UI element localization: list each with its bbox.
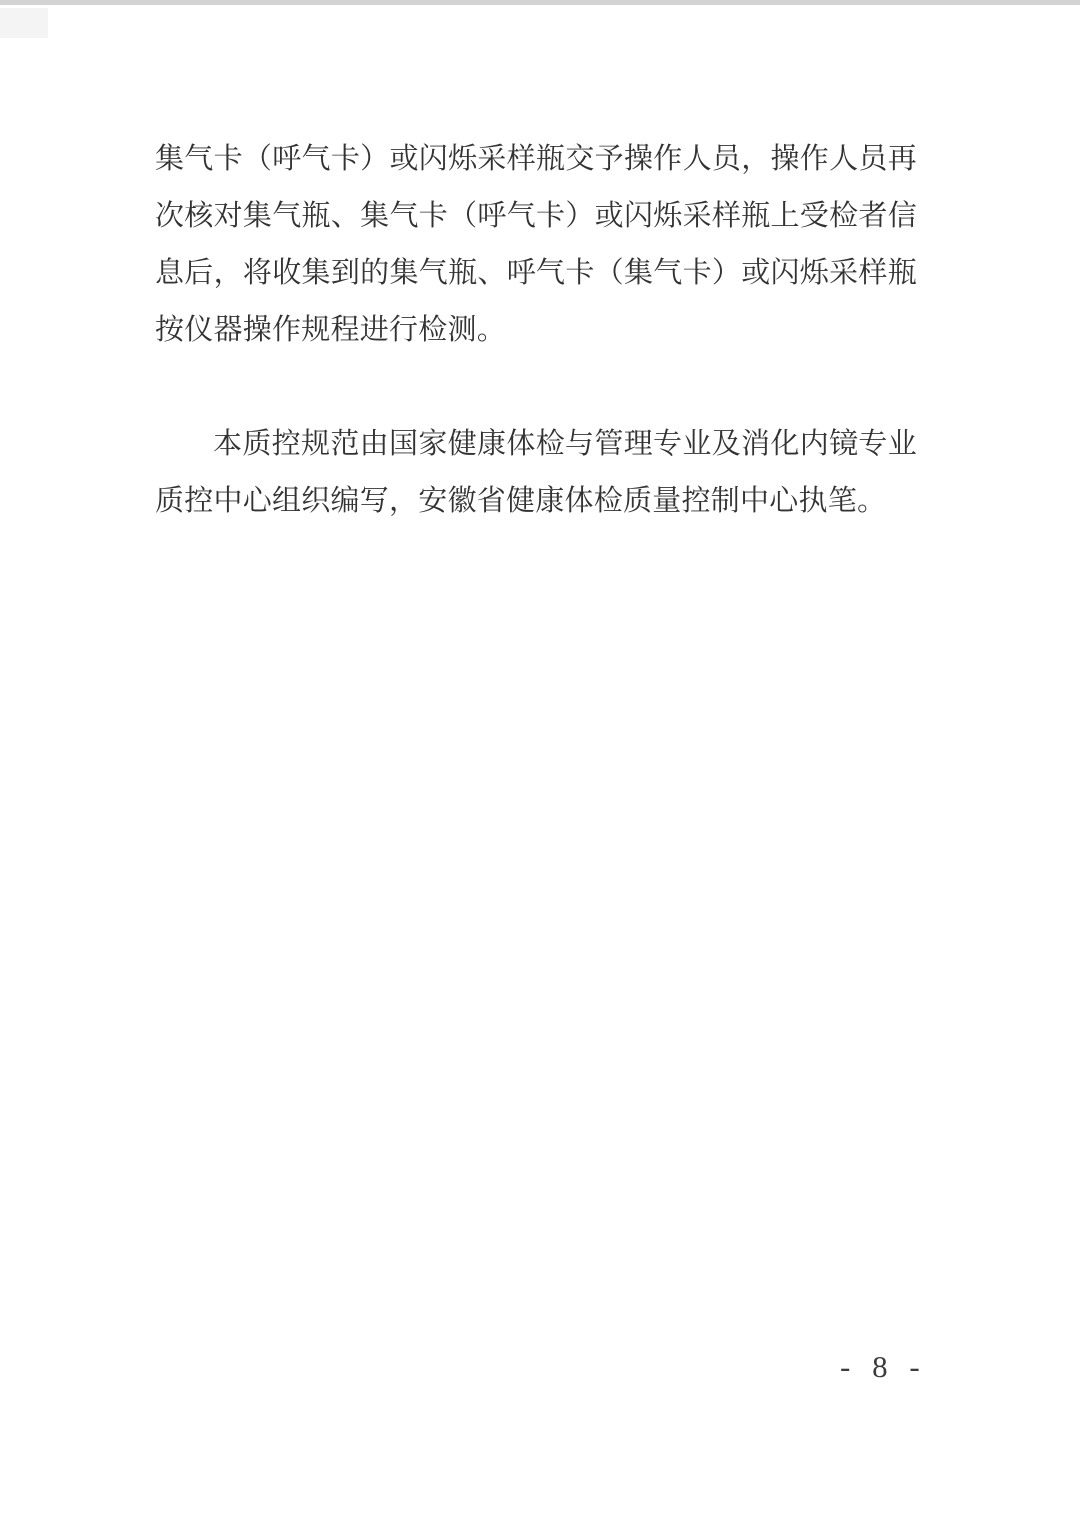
- scan-smudge-artifact: [0, 8, 48, 38]
- document-body: 集气卡（呼气卡）或闪烁采样瓶交予操作人员，操作人员再次核对集气瓶、集气卡（呼气卡…: [155, 131, 917, 587]
- paragraph-continuation: 集气卡（呼气卡）或闪烁采样瓶交予操作人员，操作人员再次核对集气瓶、集气卡（呼气卡…: [155, 131, 917, 359]
- scan-edge-artifact: [0, 0, 1080, 5]
- page-number: - 8 -: [840, 1349, 927, 1385]
- paragraph-closing: 本质控规范由国家健康体检与管理专业及消化内镜专业质控中心组织编写，安徽省健康体检…: [155, 416, 917, 530]
